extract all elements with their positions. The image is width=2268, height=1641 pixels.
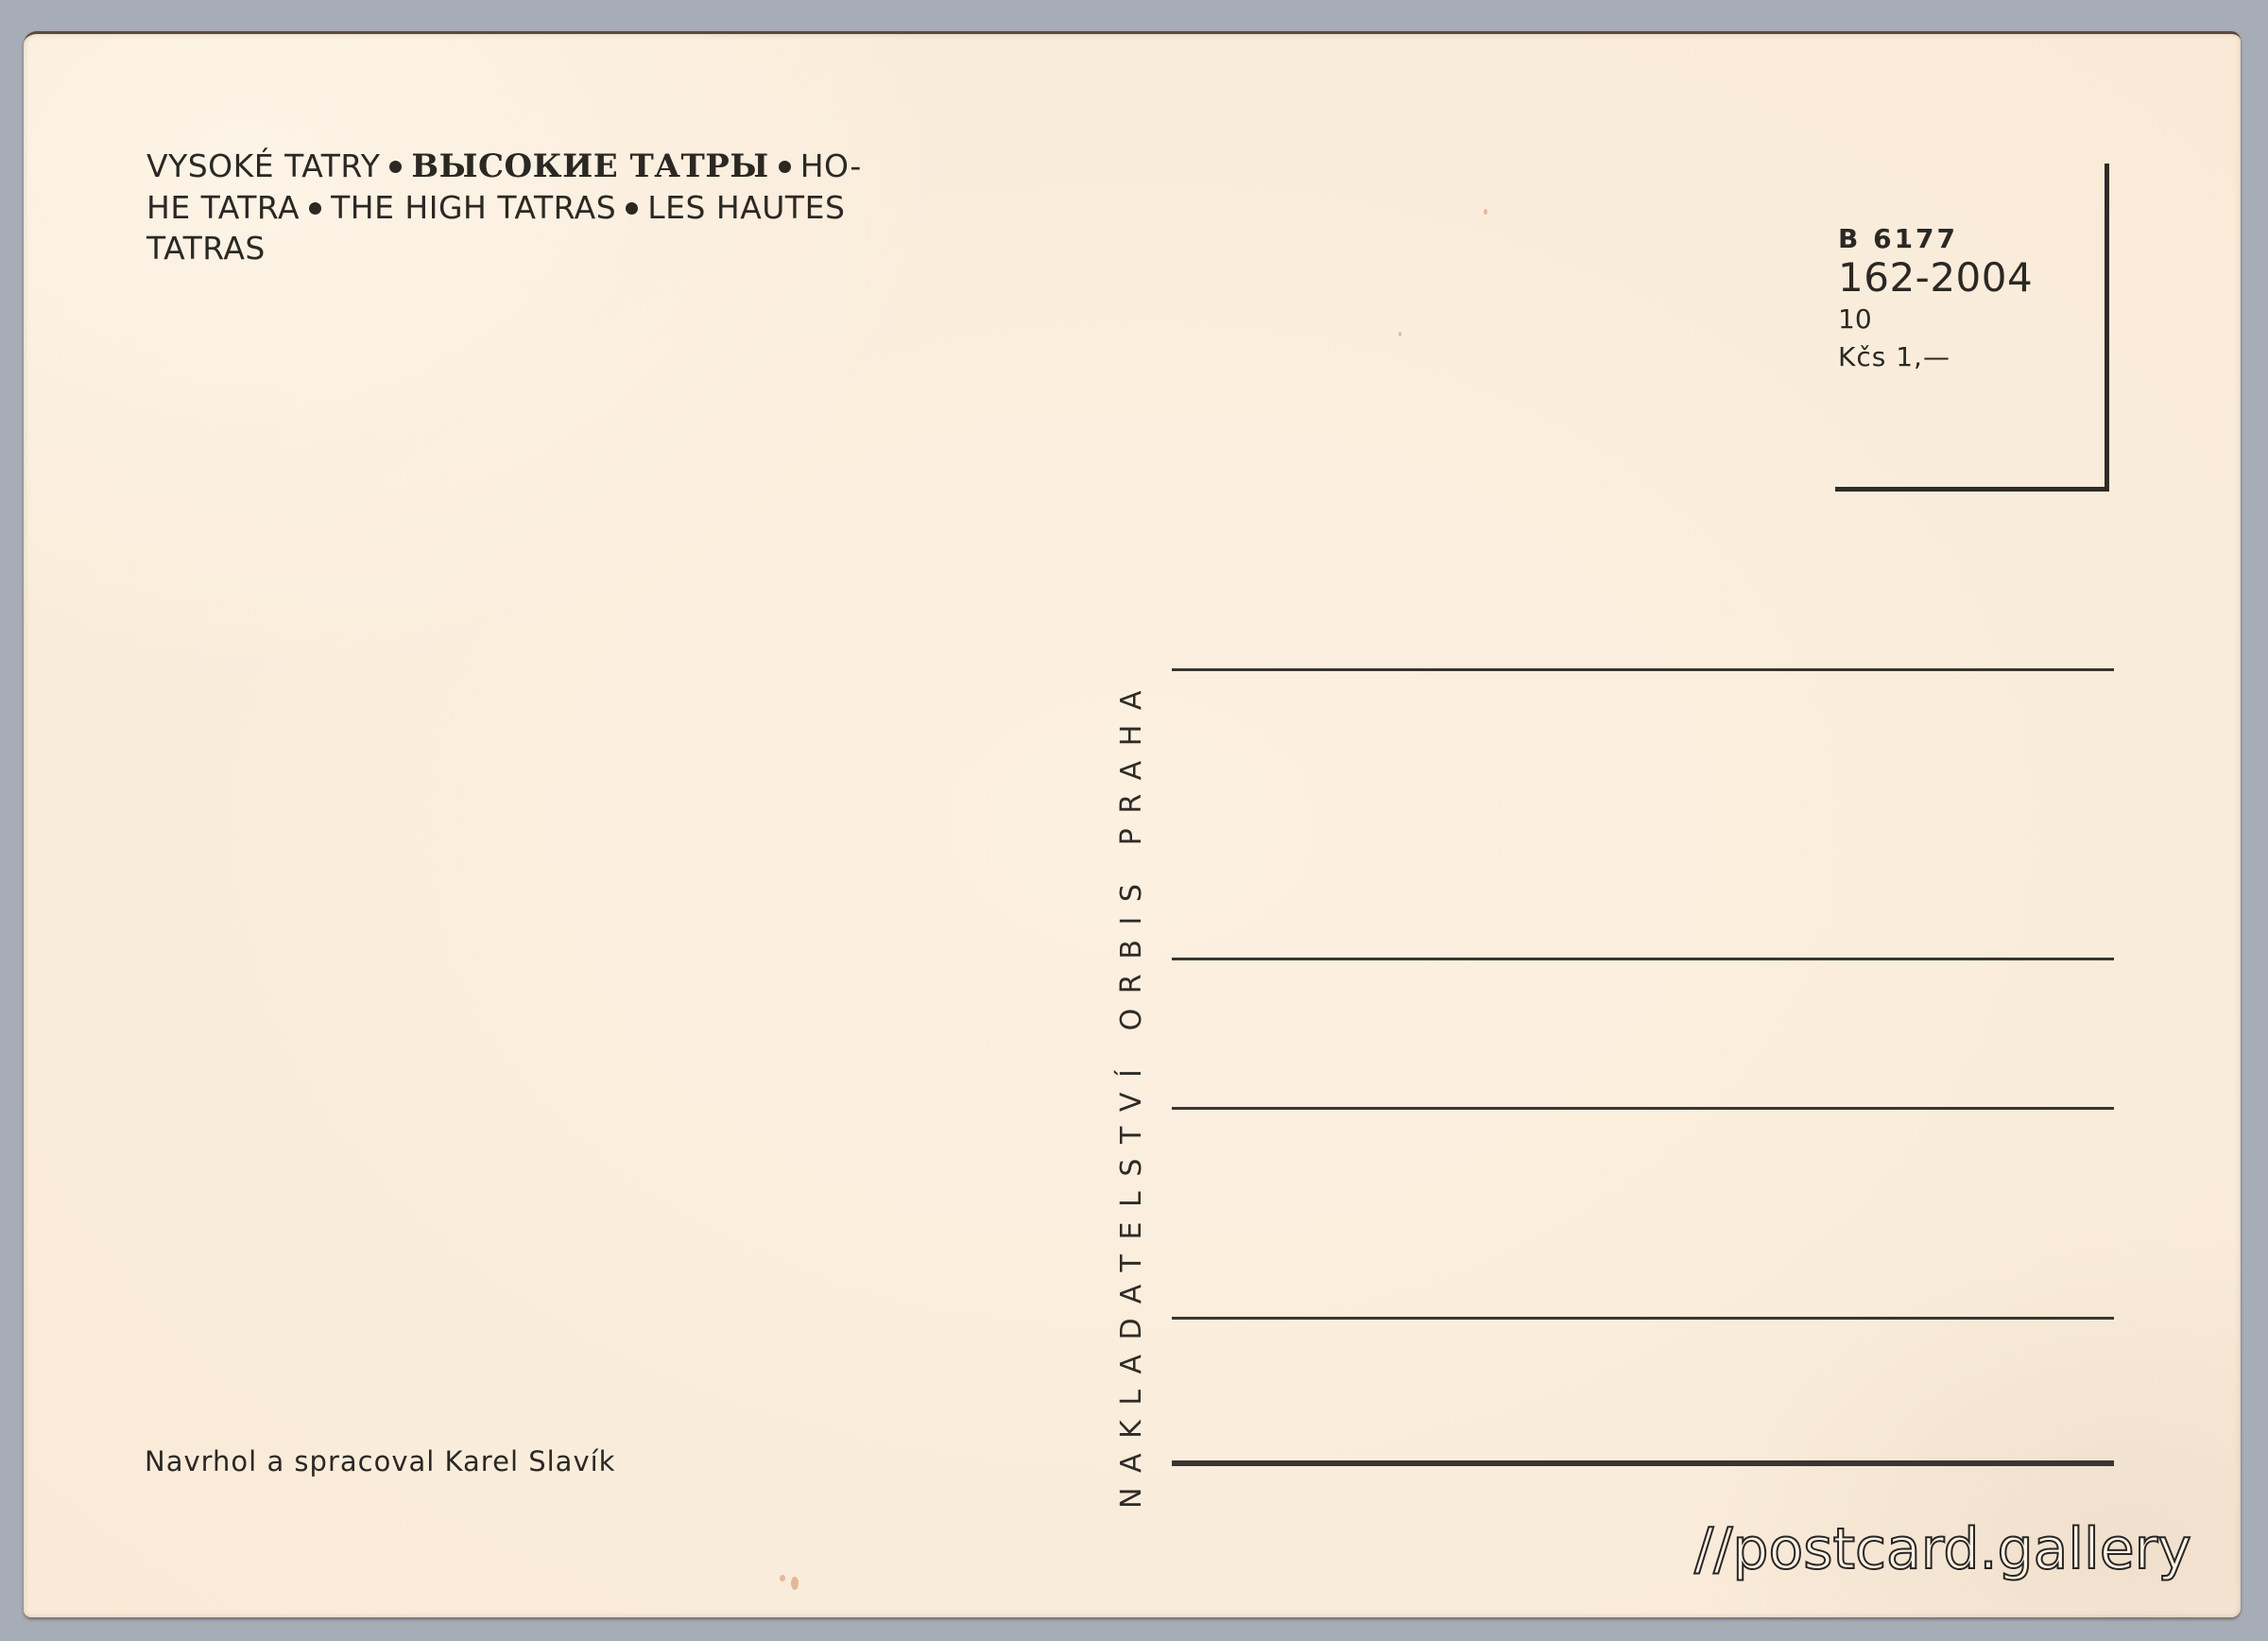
paper-stain <box>780 1575 785 1581</box>
paper-stain <box>791 1577 799 1590</box>
title-french-part1: LES HAUTES <box>647 189 845 226</box>
title-german-part1: HO- <box>800 147 862 184</box>
postcard-title: VYSOKÉ TATRYВЫСОКИЕ ТАТРЫHO- HE TATRATHE… <box>146 146 997 268</box>
series-number: B 6177 <box>1838 223 2033 255</box>
title-line-3: TATRAS <box>146 228 997 268</box>
title-french-part2: TATRAS <box>146 230 266 267</box>
bullet-icon <box>309 202 321 215</box>
stamp-info: B 6177 162-2004 10 Kčs 1,— <box>1838 223 2033 376</box>
postcard-back: VYSOKÉ TATRYВЫСОКИЕ ТАТРЫHO- HE TATRATHE… <box>24 31 2241 1617</box>
title-line-2: HE TATRATHE HIGH TATRASLES HAUTES <box>146 187 997 228</box>
quantity: 10 <box>1838 301 2033 338</box>
title-slovak: VYSOKÉ TATRY <box>146 147 380 184</box>
title-german-part2: HE TATRA <box>146 189 300 226</box>
bullet-icon <box>389 161 402 173</box>
publisher-vertical-text: NAKLADATELSTVÍ ORBIS PRAHA <box>1115 686 1148 1509</box>
address-line-5 <box>1172 1460 2114 1466</box>
address-line-4 <box>1172 1317 2114 1320</box>
watermark: //postcard.gallery <box>1694 1516 2191 1582</box>
title-english: THE HIGH TATRAS <box>331 189 616 226</box>
title-line-1: VYSOKÉ TATRYВЫСОКИЕ ТАТРЫHO- <box>146 146 997 187</box>
price: Kčs 1,— <box>1838 338 2033 376</box>
catalog-code: 162-2004 <box>1838 255 2033 301</box>
address-line-3 <box>1172 1107 2114 1110</box>
designer-credit: Navrhol a spracoval Karel Slavík <box>145 1445 615 1477</box>
paper-stain <box>1399 332 1401 337</box>
paper-stain <box>1484 209 1487 215</box>
title-russian: ВЫСОКИЕ ТАТРЫ <box>411 147 768 185</box>
bullet-icon <box>626 202 638 215</box>
bullet-icon <box>779 161 791 173</box>
address-line-1 <box>1172 668 2114 671</box>
address-line-2 <box>1172 958 2114 960</box>
